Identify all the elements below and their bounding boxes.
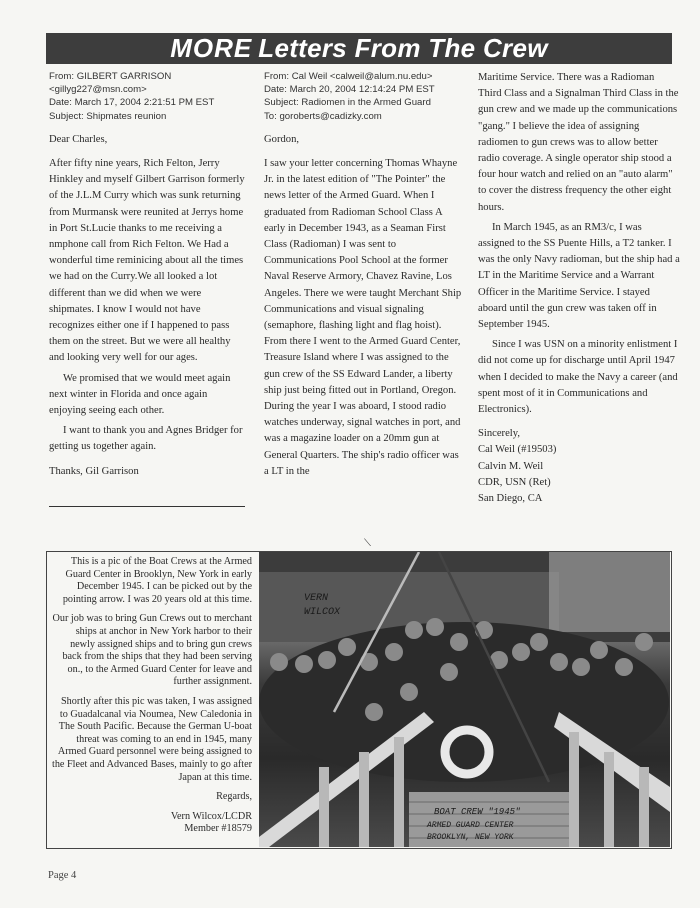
label-bottom-2: ARMED GUARD CENTER (426, 821, 514, 830)
banner-title: Letters From The Crew (258, 33, 547, 63)
label-bottom-1: BOAT CREW "1945" (434, 807, 520, 817)
caption-paragraph: Our job was to bring Gun Crews out to me… (52, 613, 252, 689)
email-header: From: Cal Weil <calweil@alum.nu.edu> Dat… (264, 70, 464, 123)
email-date: Date: March 20, 2004 12:14:24 PM EST (264, 83, 464, 96)
email-address: <gillyg227@msn.com> (49, 83, 245, 96)
paragraph: Since I was USN on a minority enlistment… (478, 337, 680, 418)
signature-line: Calvin M. Weil (478, 459, 680, 475)
caption-name: Vern Wilcox/LCDR (52, 811, 252, 824)
label-bottom-3: BROOKLYN, NEW YORK (427, 833, 515, 842)
label-top-1: VERN (304, 593, 328, 604)
divider-rule (49, 506, 245, 507)
paragraph: In March 1945, as an RM3/c, I was assign… (478, 220, 680, 333)
paragraph: I want to thank you and Agnes Bridger fo… (49, 423, 245, 455)
page-number: Page 4 (48, 870, 76, 881)
paragraph: I saw your letter concerning Thomas Whay… (264, 156, 464, 480)
signature-block: Sincerely, Cal Weil (#19503) Calvin M. W… (478, 426, 680, 507)
label-top-2: WILCOX (304, 607, 341, 618)
caption-regards: Regards, (52, 791, 252, 804)
caption-paragraph: Shortly after this pic was taken, I was … (52, 696, 252, 784)
email-from: From: Cal Weil <calweil@alum.nu.edu> (264, 70, 464, 83)
paragraph: After fifty nine years, Rich Felton, Jer… (49, 156, 245, 367)
stray-mark: ⟍ (364, 538, 371, 549)
letter-weil: From: Cal Weil <calweil@alum.nu.edu> Dat… (264, 70, 464, 484)
email-subject: Subject: Shipmates reunion (49, 110, 245, 123)
email-subject: Subject: Radiomen in the Armed Guard (264, 96, 464, 109)
paragraph: We promised that we would meet again nex… (49, 371, 245, 420)
email-header: From: GILBERT GARRISON <gillyg227@msn.co… (49, 70, 245, 123)
letter-weil-continued: Maritime Service. There was a Radioman T… (478, 70, 680, 507)
banner-more: MORE (170, 33, 252, 63)
email-from: From: GILBERT GARRISON (49, 70, 245, 83)
signature-line: San Diego, CA (478, 491, 680, 507)
paragraph: Maritime Service. There was a Radioman T… (478, 70, 680, 216)
greeting: Gordon, (264, 132, 464, 148)
signature-line: Sincerely, (478, 426, 680, 442)
caption-member: Member #18579 (52, 823, 252, 836)
letter-garrison: From: GILBERT GARRISON <gillyg227@msn.co… (49, 70, 245, 480)
boat-crew-photo: VERN WILCOX BOAT CREW "1945" ARMED GUARD… (259, 552, 670, 847)
page-banner: MORELetters From The Crew (46, 33, 672, 64)
signature-line: CDR, USN (Ret) (478, 475, 680, 491)
email-date: Date: March 17, 2004 2:21:51 PM EST (49, 96, 245, 109)
signature-line: Cal Weil (#19503) (478, 442, 680, 458)
photo-caption: This is a pic of the Boat Crews at the A… (52, 556, 252, 836)
signoff: Thanks, Gil Garrison (49, 464, 245, 480)
caption-paragraph: This is a pic of the Boat Crews at the A… (52, 556, 252, 606)
greeting: Dear Charles, (49, 132, 245, 148)
photo-illustration: VERN WILCOX BOAT CREW "1945" ARMED GUARD… (259, 552, 670, 847)
email-to: To: goroberts@cadizky.com (264, 110, 464, 123)
